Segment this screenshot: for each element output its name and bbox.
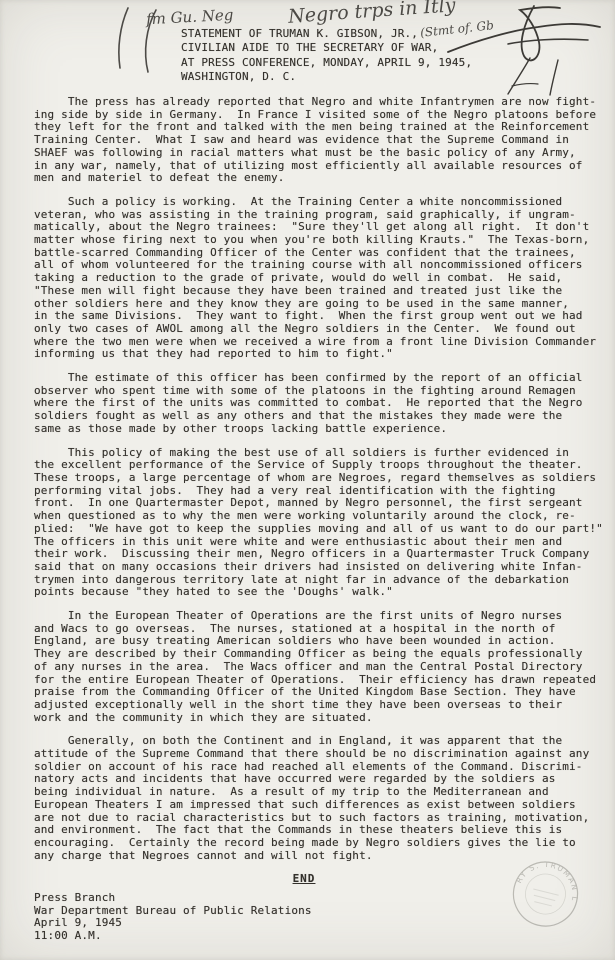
paragraph-1: The press has already reported that Negr…: [34, 96, 608, 185]
paragraph-3: The estimate of this officer has been co…: [34, 372, 608, 436]
end-marker: END: [34, 873, 574, 886]
handwritten-note-left: fm Gu. Neg: [146, 6, 234, 29]
paragraph-2: Such a policy is working. At the Trainin…: [34, 196, 608, 361]
document-title: STATEMENT OF TRUMAN K. GIBSON, JR., CIVI…: [181, 27, 472, 85]
paragraph-6: Generally, on both the Continent and in …: [34, 735, 608, 862]
paragraph-4: This policy of making the best use of al…: [34, 447, 608, 599]
document-page: fm Gu. Neg Negro trps in Itly (Stmt of. …: [0, 0, 615, 960]
paragraph-5: In the European Theater of Operations ar…: [34, 610, 608, 724]
